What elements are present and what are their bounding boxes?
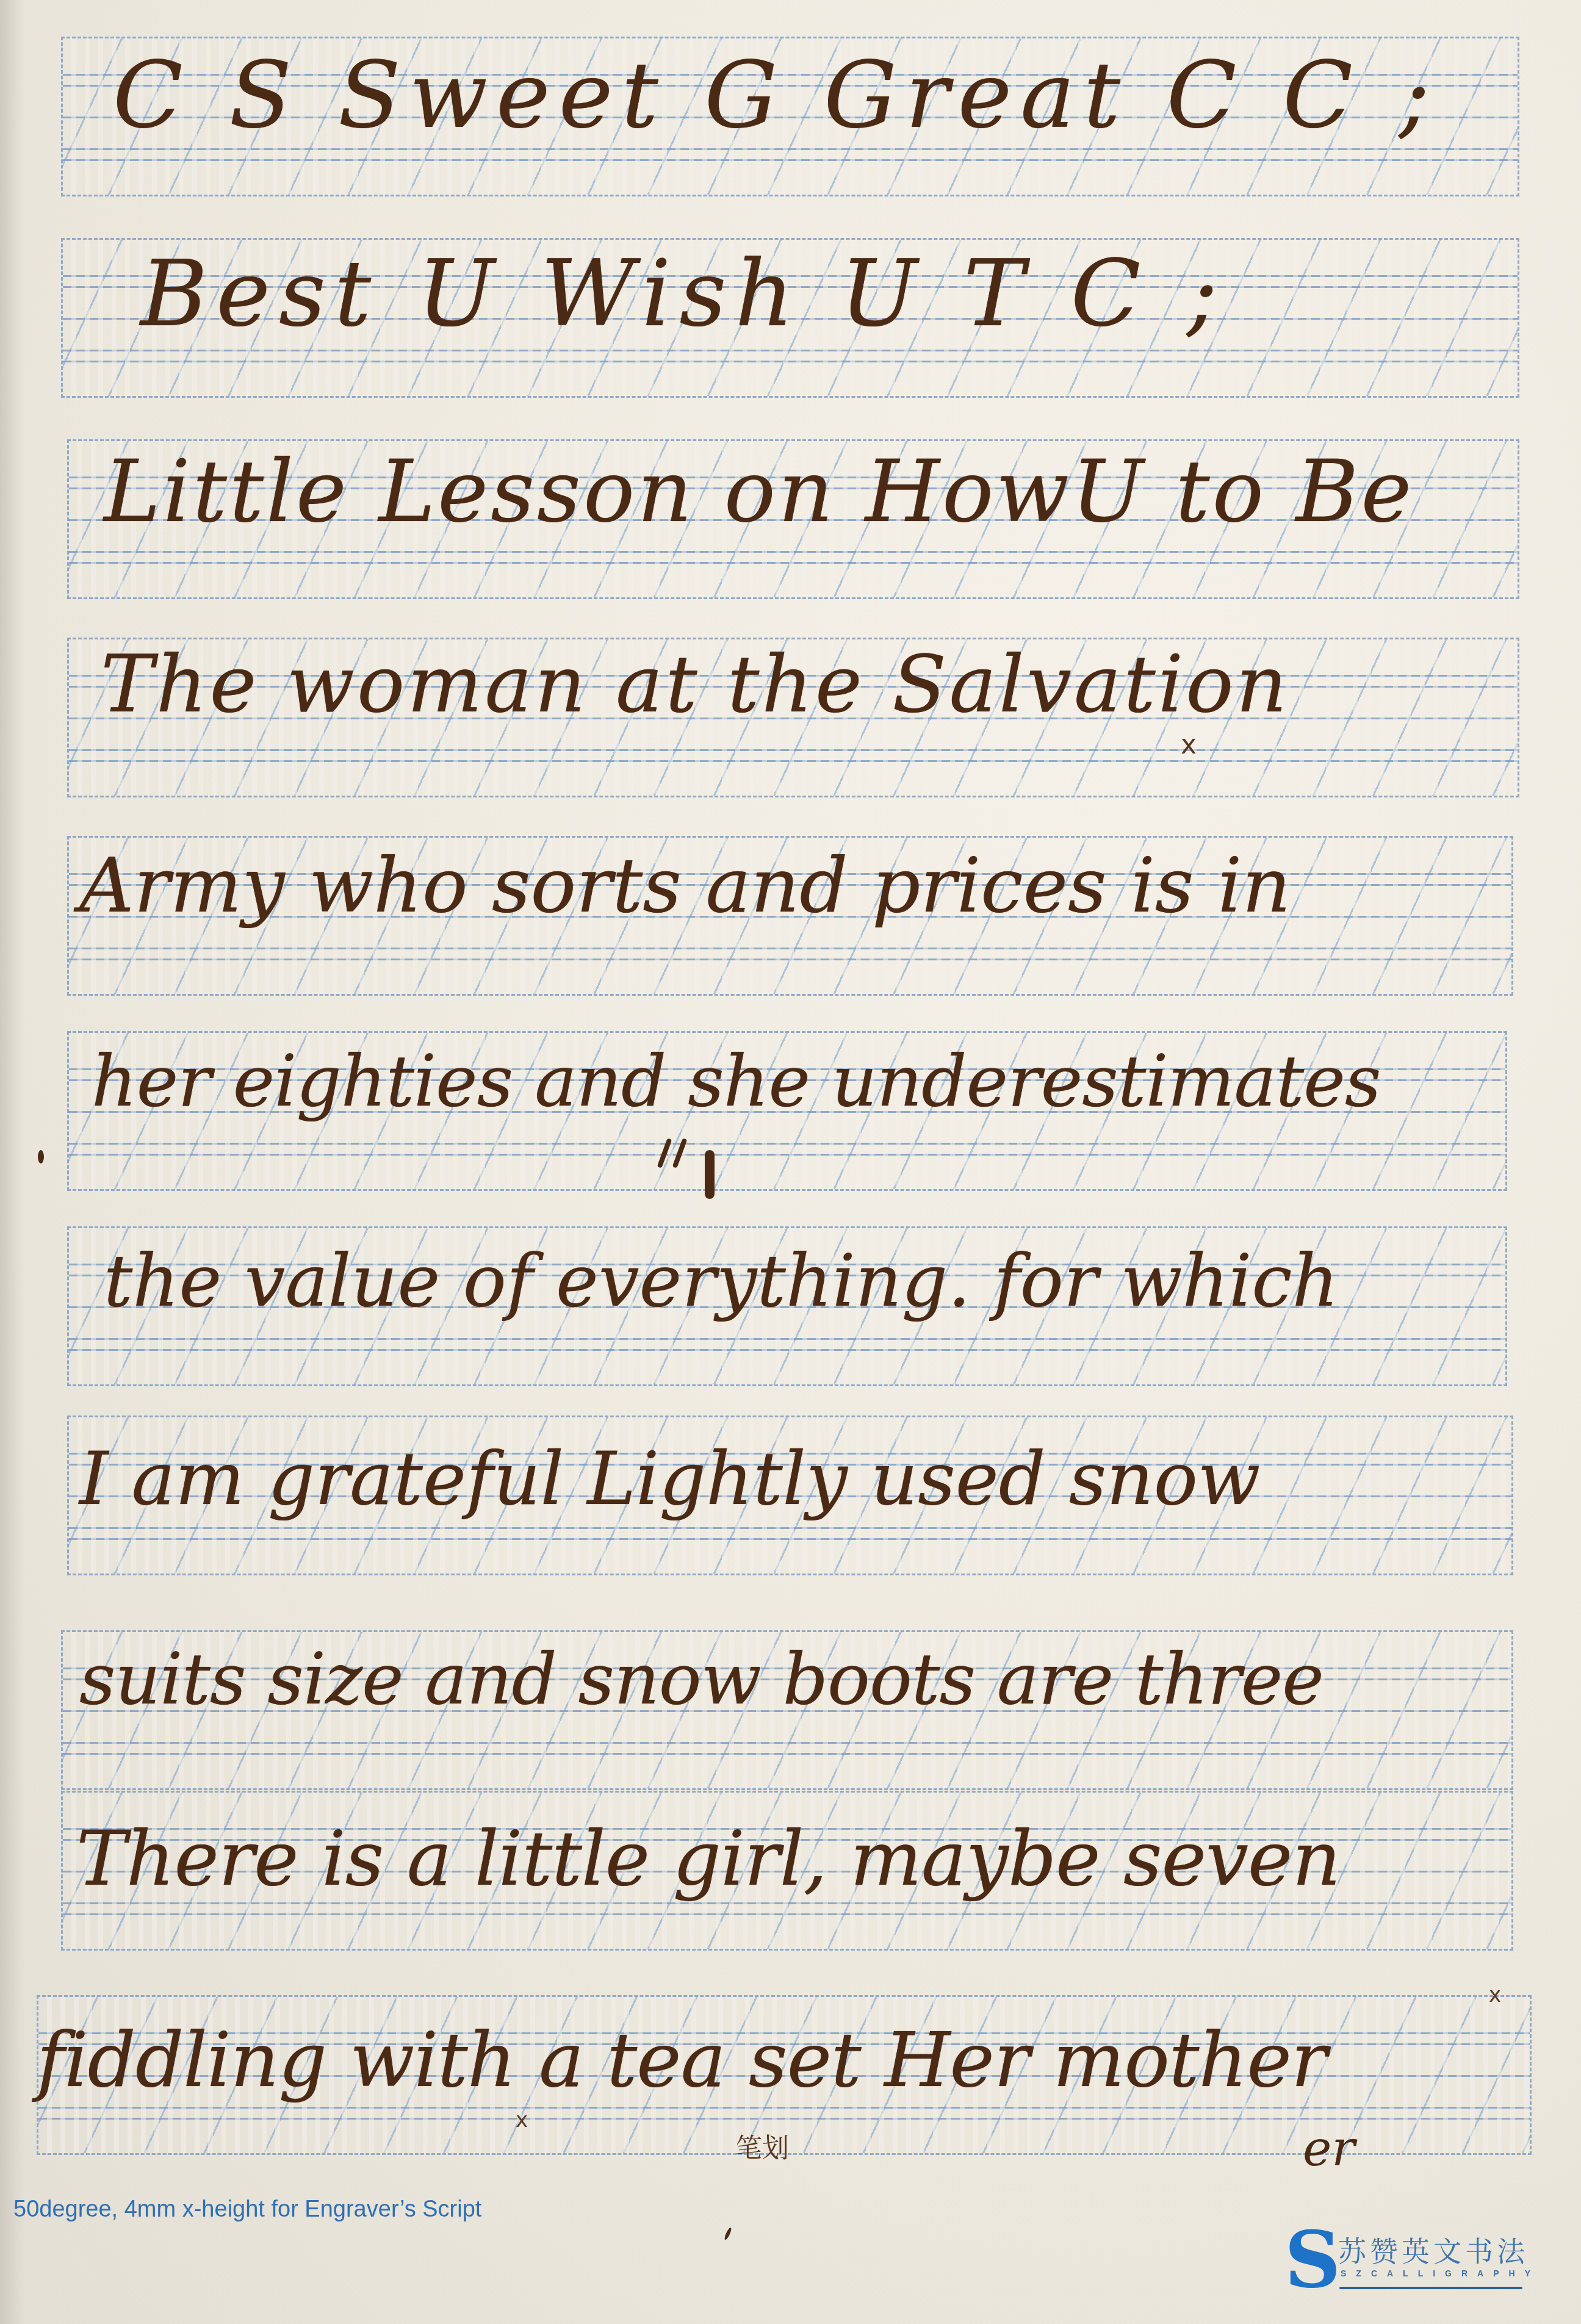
stroke-note-annotation: 笔划 bbox=[735, 2126, 789, 2165]
ink-dot-footer bbox=[724, 2227, 733, 2240]
cross-mark-annotation: x bbox=[1489, 1983, 1501, 2007]
cross-mark-annotation: x bbox=[1181, 729, 1197, 760]
ink-dot-margin bbox=[38, 1150, 44, 1164]
calligraphy-practice-sheet: C S Sweet G Great C C ; Best U Wish U T … bbox=[0, 0, 1581, 2324]
page-edge-shadow bbox=[0, 0, 24, 2324]
logo-monogram-icon: S bbox=[1284, 2221, 1341, 2299]
ink-blot-mark bbox=[705, 1150, 715, 1199]
script-line-9: suits size and snow boots are three bbox=[79, 1638, 1324, 1721]
script-line-10: There is a little girl, maybe seven bbox=[76, 1815, 1340, 1903]
brand-logo: S 苏赞英文书法 SZCALLIGRAPHY bbox=[1284, 2221, 1547, 2306]
script-line-8: I am grateful Lightly used snow bbox=[79, 1437, 1261, 1522]
logo-name-chinese: 苏赞英文书法 bbox=[1338, 2229, 1529, 2270]
script-line-1: C S Sweet G Great C C ; bbox=[113, 43, 1438, 149]
script-line-4: The woman at the Salvation bbox=[101, 638, 1289, 730]
script-line-6: her eighties and she underestimates bbox=[92, 1040, 1381, 1123]
script-line-11: fiddling with a tea set Her mother bbox=[37, 2016, 1327, 2104]
cross-mark-annotation: x bbox=[516, 2108, 528, 2132]
logo-name-english: SZCALLIGRAPHY bbox=[1341, 2268, 1540, 2278]
script-line-3: Little Lesson on HowU to Be bbox=[104, 442, 1414, 542]
script-line-7: the value of everything. for which bbox=[104, 1239, 1339, 1323]
script-line-2: Best U Wish U T C ; bbox=[140, 241, 1226, 347]
sheet-caption: 50degree, 4mm x-height for Engraver’s Sc… bbox=[13, 2196, 481, 2223]
logo-underline bbox=[1339, 2287, 1522, 2289]
script-line-5: Army who sorts and prices is in bbox=[79, 842, 1291, 930]
er-correction-annotation: er bbox=[1303, 2120, 1355, 2177]
